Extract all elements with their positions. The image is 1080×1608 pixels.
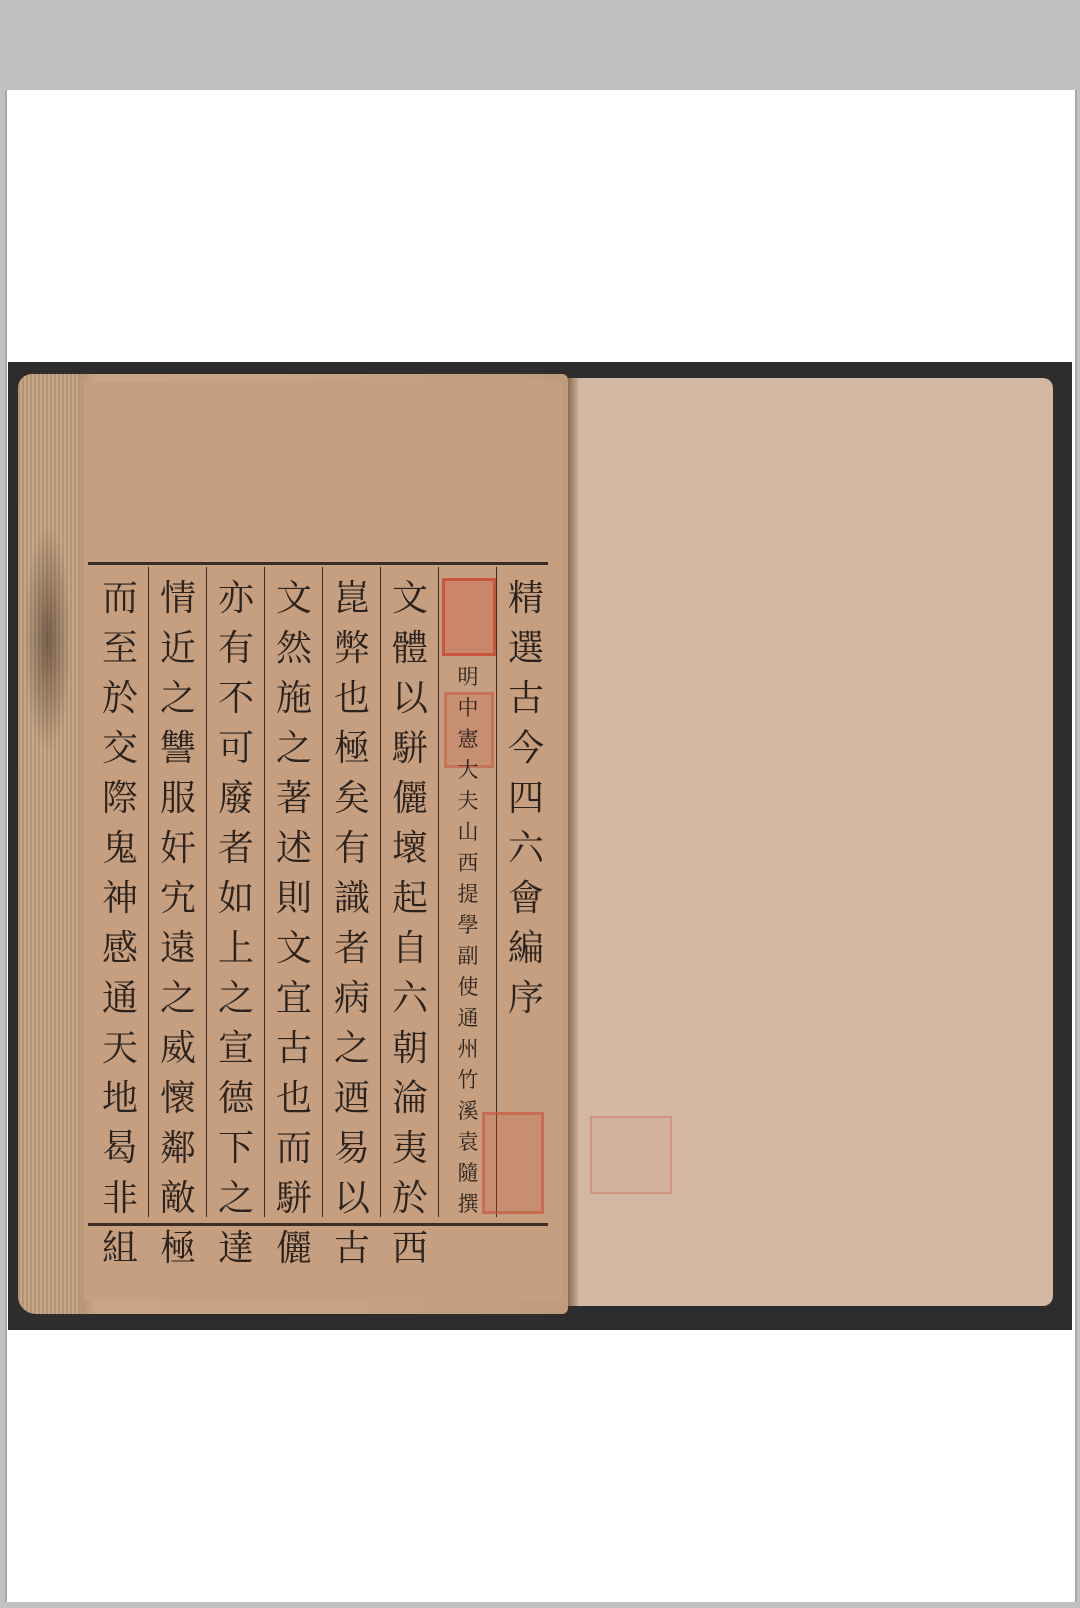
glyph: 之 [276,724,312,774]
glyph: 有 [334,824,370,874]
glyph: 憲 [458,724,479,755]
glyph: 儷 [276,1224,312,1274]
glyph: 組 [102,1224,138,1274]
glyph: 病 [334,974,370,1024]
glyph: 學 [458,910,479,941]
column-rule [380,567,381,1217]
glyph: 使 [458,972,479,1003]
glyph: 可 [218,724,254,774]
glyph: 天 [102,1024,138,1074]
glyph: 大 [458,755,479,786]
glyph: 會 [508,874,544,924]
glyph: 如 [218,874,254,924]
text-column-5: 情近之讐服奸宄遠之威懷鄰敵極 [150,574,206,1214]
glyph: 也 [334,674,370,724]
right-page-blank [568,378,1053,1306]
glyph: 極 [160,1224,196,1274]
glyph: 編 [508,924,544,974]
glyph: 今 [508,724,544,774]
glyph: 極 [334,724,370,774]
title-column: 精選古今四六會編序 [498,574,554,1214]
glyph: 四 [508,774,544,824]
glyph: 儷 [392,774,428,824]
glyph: 州 [458,1034,479,1065]
glyph: 選 [508,624,544,674]
glyph: 西 [458,848,479,879]
glyph: 地 [102,1074,138,1124]
glyph: 也 [276,1074,312,1124]
glyph: 有 [218,624,254,674]
glyph: 不 [218,674,254,724]
glyph: 懷 [160,1074,196,1124]
glyph: 西 [392,1224,428,1274]
glyph: 崑 [334,574,370,624]
book-photograph: 精選古今四六會編序 明中憲大夫山西提學副使通州竹溪袁隨撰 文體以駢儷壞起自六朝淪… [8,362,1072,1330]
glyph: 之 [160,974,196,1024]
glyph: 精 [508,574,544,624]
glyph: 情 [160,574,196,624]
text-column-4: 亦有不可廢者如上之宣德下之達 [208,574,264,1214]
glyph: 宜 [276,974,312,1024]
glyph: 袁 [458,1127,479,1158]
red-seal-top [442,578,496,656]
column-rule [206,567,207,1217]
glyph: 亦 [218,574,254,624]
glyph: 鬼 [102,824,138,874]
glyph: 通 [102,974,138,1024]
text-column-1: 文體以駢儷壞起自六朝淪夷於西 [382,574,438,1214]
glyph: 之 [334,1024,370,1074]
glyph: 而 [102,574,138,624]
text-column-6: 而至於交際鬼神感通天地曷非組 [92,574,148,1214]
glyph: 副 [458,941,479,972]
text-column-2: 崑弊也極矣有識者病之迺易以古 [324,574,380,1214]
column-rule [322,567,323,1217]
glyph: 德 [218,1074,254,1124]
glyph: 讐 [160,724,196,774]
glyph: 壞 [392,824,428,874]
glyph: 起 [392,874,428,924]
glyph: 述 [276,824,312,874]
glyph: 者 [334,924,370,974]
glyph: 感 [102,924,138,974]
glyph: 者 [218,824,254,874]
glyph: 弊 [334,624,370,674]
glyph: 駢 [392,724,428,774]
glyph: 溪 [458,1096,479,1127]
text-column-3: 文然施之著述則文宜古也而駢儷 [266,574,322,1214]
glyph: 於 [102,674,138,724]
glyph: 以 [392,674,428,724]
column-rule [148,567,149,1217]
glyph: 奸 [160,824,196,874]
glyph: 迺 [334,1074,370,1124]
glyph: 識 [334,874,370,924]
glyph: 於 [392,1174,428,1224]
glyph: 上 [218,924,254,974]
glyph: 近 [160,624,196,674]
glyph: 古 [276,1024,312,1074]
glyph: 施 [276,674,312,724]
glyph: 文 [392,574,428,624]
glyph: 交 [102,724,138,774]
glyph: 非 [102,1174,138,1224]
glyph: 駢 [276,1174,312,1224]
glyph: 際 [102,774,138,824]
spine-shadow [568,378,578,1306]
glyph: 提 [458,879,479,910]
glyph: 文 [276,574,312,624]
glyph: 夫 [458,786,479,817]
glyph: 然 [276,624,312,674]
author-column: 明中憲大夫山西提學副使通州竹溪袁隨撰 [440,662,496,1302]
glyph: 淪 [392,1074,428,1124]
glyph: 廢 [218,774,254,824]
glyph: 敵 [160,1174,196,1224]
glyph: 鄰 [160,1124,196,1174]
glyph: 竹 [458,1065,479,1096]
faint-seal-right-page [590,1116,672,1194]
glyph: 而 [276,1124,312,1174]
glyph: 六 [508,824,544,874]
glyph: 達 [218,1224,254,1274]
glyph: 文 [276,924,312,974]
glyph: 古 [334,1224,370,1274]
glyph: 之 [160,674,196,724]
glyph: 以 [334,1174,370,1224]
glyph: 則 [276,874,312,924]
glyph: 之 [218,974,254,1024]
glyph: 通 [458,1003,479,1034]
glyph: 六 [392,974,428,1024]
glyph: 至 [102,624,138,674]
glyph: 中 [458,693,479,724]
glyph: 體 [392,624,428,674]
glyph: 之 [218,1174,254,1224]
glyph: 威 [160,1024,196,1074]
column-rule [264,567,265,1217]
glyph: 曷 [102,1124,138,1174]
glyph: 宄 [160,874,196,924]
glyph: 明 [458,662,479,693]
glyph: 朝 [392,1024,428,1074]
glyph: 下 [218,1124,254,1174]
glyph: 序 [508,974,544,1024]
glyph: 矣 [334,774,370,824]
glyph: 遠 [160,924,196,974]
glyph: 自 [392,924,428,974]
glyph: 易 [334,1124,370,1174]
glyph: 服 [160,774,196,824]
page-edges [18,374,80,1314]
glyph: 夷 [392,1124,428,1174]
glyph: 神 [102,874,138,924]
glyph: 隨 [458,1158,479,1189]
glyph: 山 [458,817,479,848]
glyph: 著 [276,774,312,824]
column-rule [438,567,439,1217]
glyph: 宣 [218,1024,254,1074]
glyph: 古 [508,674,544,724]
glyph: 撰 [458,1189,479,1220]
